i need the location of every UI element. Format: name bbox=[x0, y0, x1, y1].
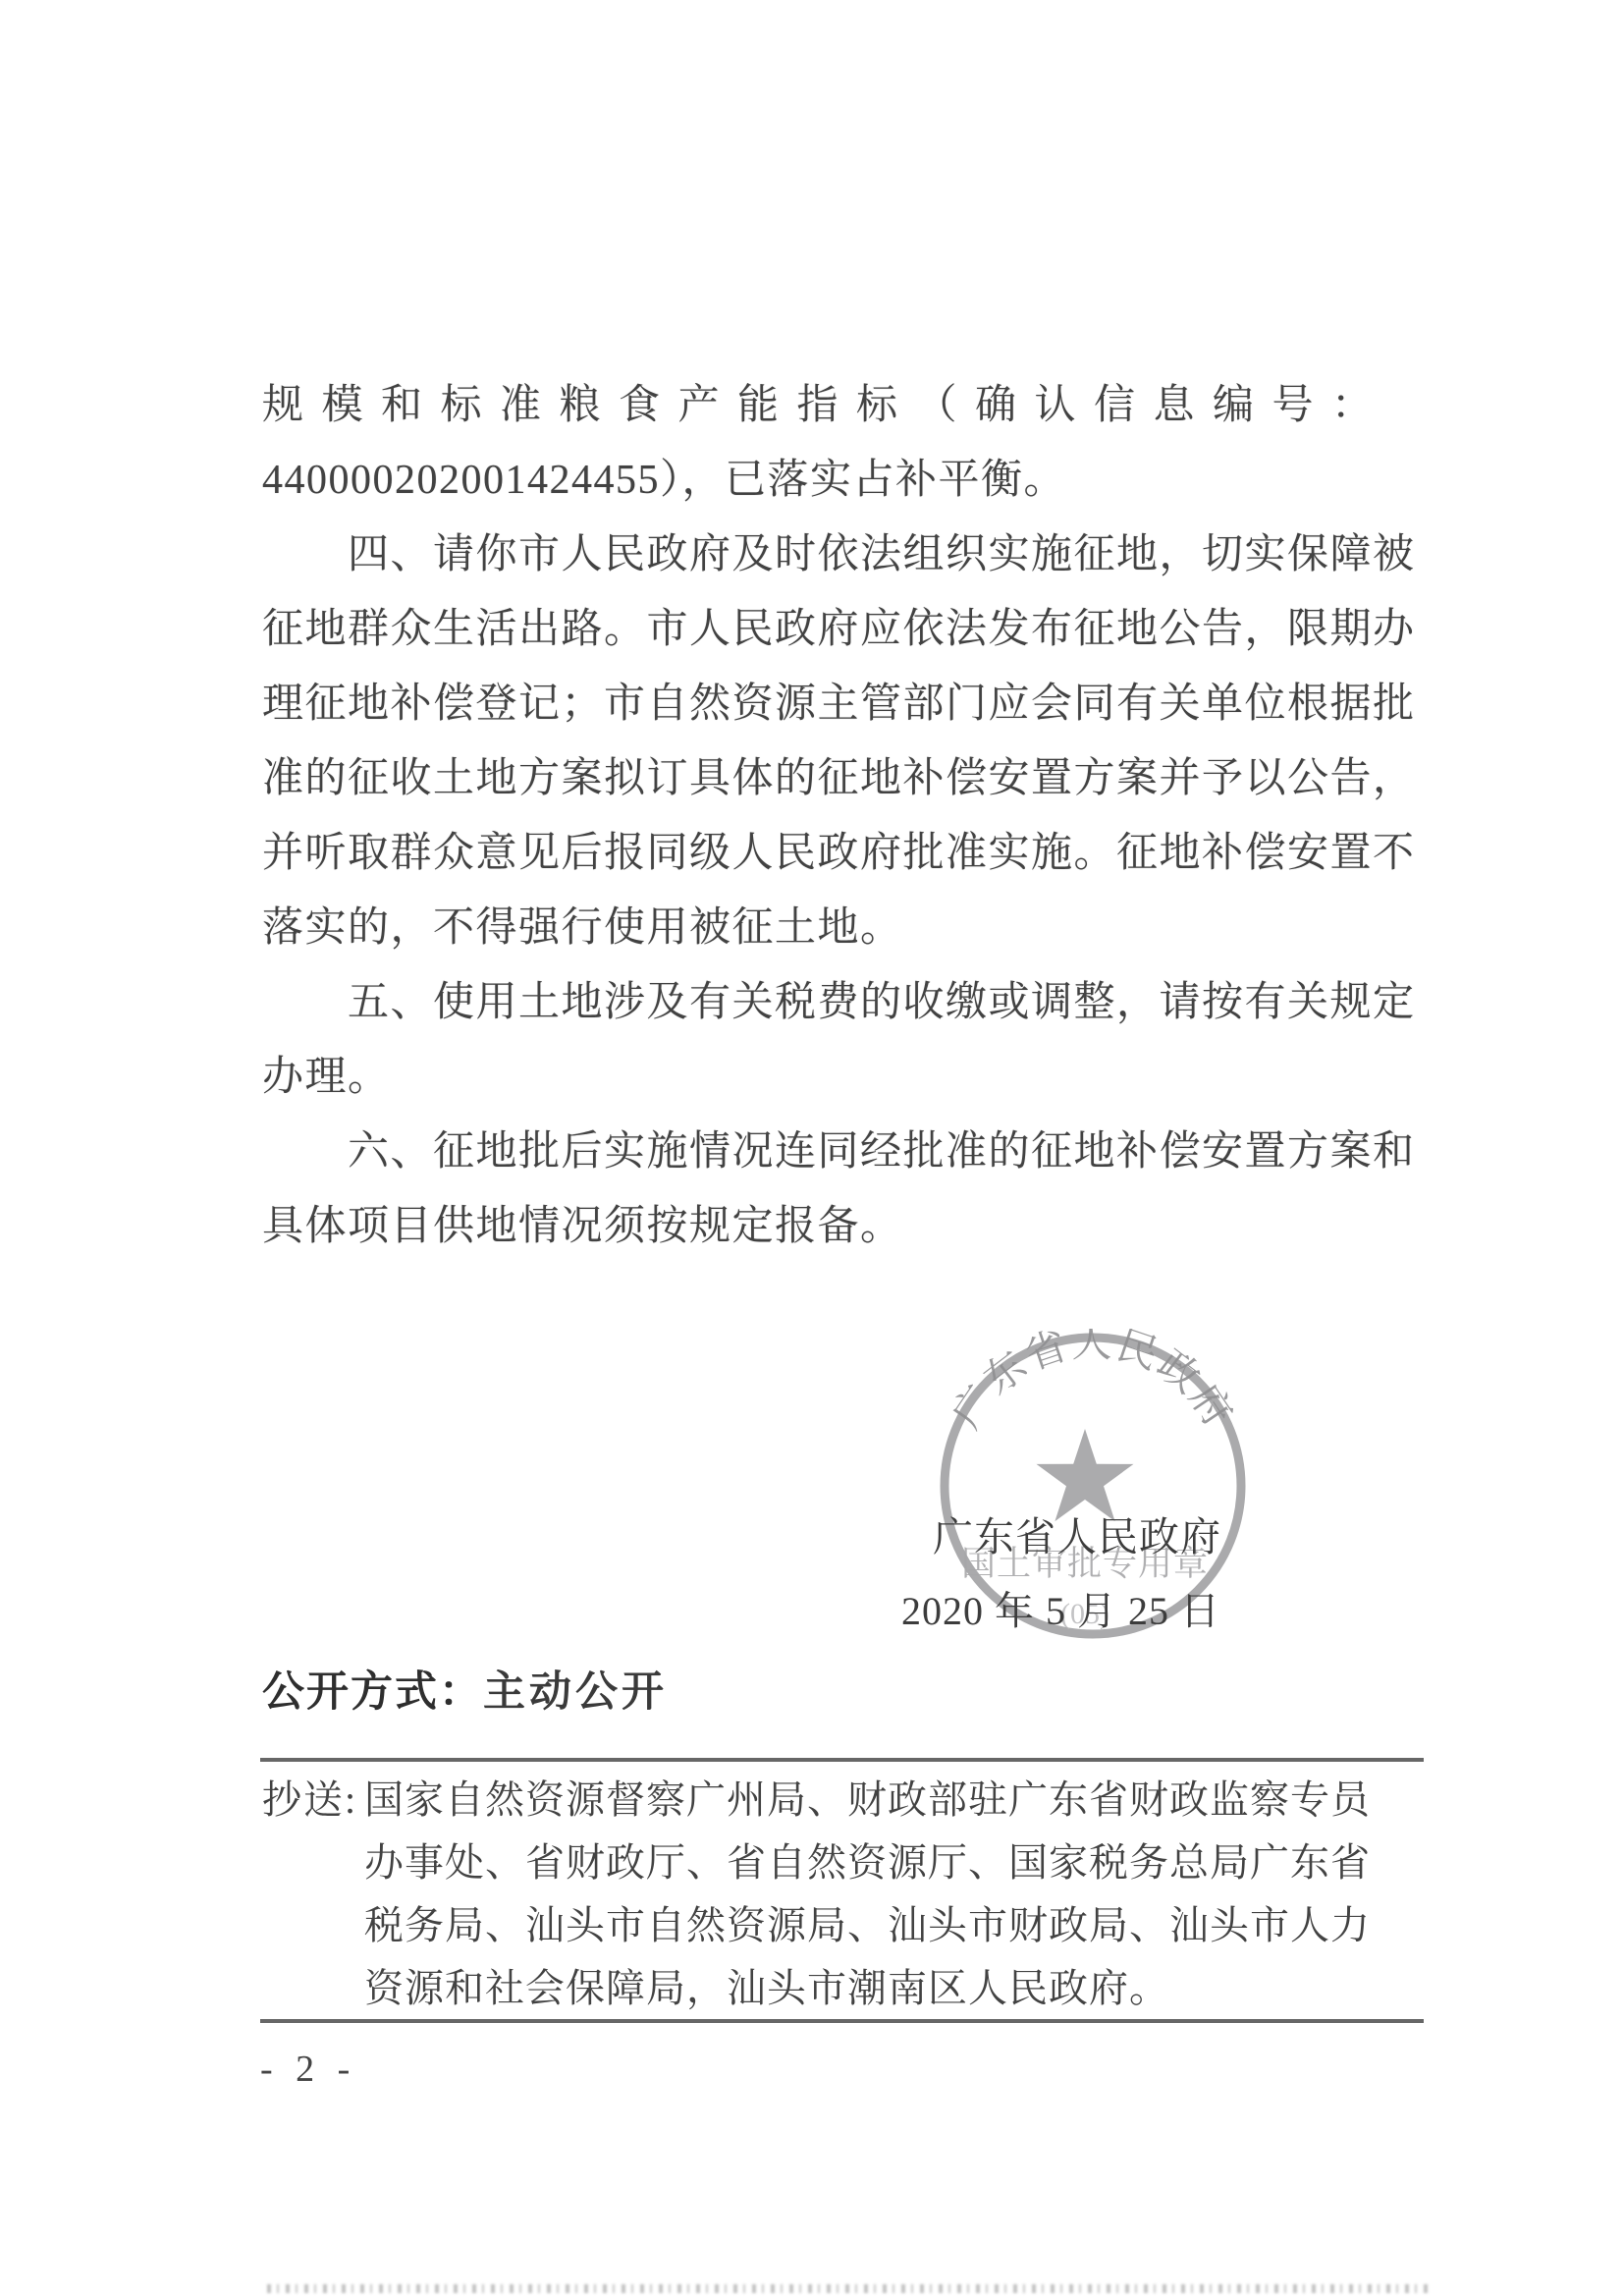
body-line: 五、使用土地涉及有关税费的收缴或调整，请按有关规定 bbox=[262, 965, 1426, 1040]
cc-line: 资源和社会保障局，汕头市潮南区人民政府。 bbox=[364, 1957, 1431, 2020]
document-body: 规模和标准粮食产能指标（确认信息编号： 440000202001424455），… bbox=[262, 368, 1426, 1264]
scan-artifact bbox=[267, 2284, 1431, 2293]
cc-line: 办事处、省财政厅、省自然资源厅、国家税务总局广东省 bbox=[364, 1831, 1431, 1894]
document-date: 2020 年 5 月 25 日 bbox=[901, 1585, 1220, 1638]
page-number: - 2 - bbox=[260, 2048, 356, 2091]
disclosure-method: 公开方式：主动公开 bbox=[262, 1665, 668, 1722]
cc-label: 抄送: bbox=[262, 1769, 357, 1831]
issuing-authority: 广东省人民政府 bbox=[933, 1510, 1221, 1563]
body-line: 440000202001424455），已落实占补平衡。 bbox=[262, 443, 1426, 518]
body-line: 准的征收土地方案拟订具体的征地补偿安置方案并予以公告， bbox=[262, 741, 1426, 816]
body-line: 具体项目供地情况须按规定报备。 bbox=[262, 1189, 1426, 1264]
divider-top bbox=[260, 1758, 1424, 1762]
seal-ring-text: 广东省人民政府 bbox=[944, 1329, 1242, 1436]
body-line: 六、征地批后实施情况连同经批准的征地补偿安置方案和 bbox=[262, 1115, 1426, 1189]
cc-block: 抄送: 国家自然资源督察广州局、财政部驻广东省财政监察专员 办事处、省财政厅、省… bbox=[262, 1769, 1431, 2020]
body-line: 办理。 bbox=[262, 1040, 1426, 1115]
document-page: 规模和标准粮食产能指标（确认信息编号： 440000202001424455），… bbox=[0, 0, 1623, 2296]
cc-lines: 国家自然资源督察广州局、财政部驻广东省财政监察专员 办事处、省财政厅、省自然资源… bbox=[262, 1769, 1431, 2020]
body-line: 理征地补偿登记；市自然资源主管部门应会同有关单位根据批 bbox=[262, 667, 1426, 741]
body-line: 征地群众生活出路。市人民政府应依法发布征地公告，限期办 bbox=[262, 592, 1426, 667]
body-line: 落实的，不得强行使用被征土地。 bbox=[262, 891, 1426, 965]
cc-line: 税务局、汕头市自然资源局、汕头市财政局、汕头市人力 bbox=[364, 1894, 1431, 1957]
seal-star-icon bbox=[1037, 1429, 1134, 1521]
disclosure-label: 公开方式： bbox=[262, 1669, 483, 1716]
body-line: 四、请你市人民政府及时依法组织实施征地，切实保障被 bbox=[262, 518, 1426, 592]
body-line: 规模和标准粮食产能指标（确认信息编号： bbox=[262, 368, 1426, 443]
cc-line: 国家自然资源督察广州局、财政部驻广东省财政监察专员 bbox=[364, 1769, 1431, 1831]
body-line: 并听取群众意见后报同级人民政府批准实施。征地补偿安置不 bbox=[262, 816, 1426, 891]
disclosure-value: 主动公开 bbox=[483, 1669, 668, 1716]
